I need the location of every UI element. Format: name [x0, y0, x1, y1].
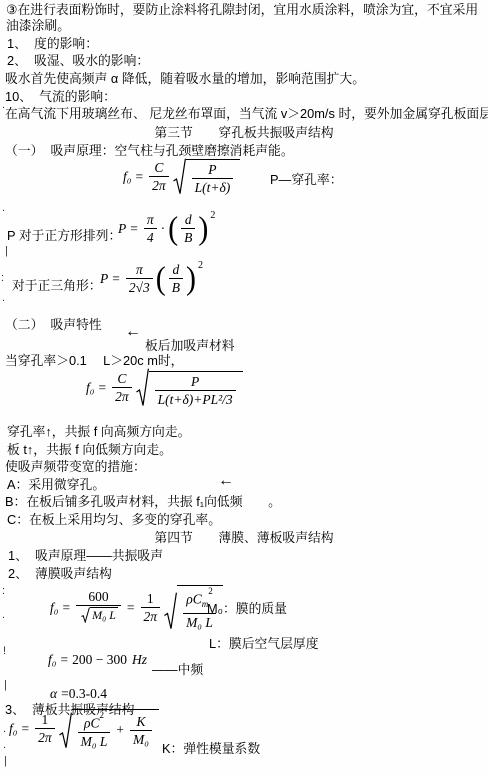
numerator: P	[188, 374, 202, 390]
scan-artifact: :	[2, 586, 5, 596]
equals-sign: =	[60, 652, 68, 668]
radical-sign-icon	[59, 712, 72, 749]
fraction-600-sqrtM0L: 600 M₀ L	[76, 589, 121, 626]
section3-title: 第三节 穿孔板共振吸声结构	[0, 125, 488, 141]
exponent: 2	[100, 710, 105, 720]
numerator: C	[114, 371, 129, 387]
fraction-d-b: d B	[169, 262, 183, 295]
equals-sign: =	[130, 221, 138, 237]
p-symbol: P	[100, 271, 108, 287]
fraction-pi-4: π 4	[144, 212, 157, 245]
scan-artifact: .	[3, 724, 6, 734]
fraction-c-2pi: C 2π	[112, 371, 132, 404]
alpha-symbol: α	[50, 686, 57, 702]
denominator: 4	[144, 228, 157, 245]
numerator: 600	[85, 589, 111, 605]
numerator: d	[182, 212, 195, 228]
p-symbol: P	[118, 221, 126, 237]
formula-perforated-resonance: f₀ = C 2π P L(t+δ)	[123, 158, 240, 195]
perforation-rate-definition: P—穿孔率：	[270, 172, 343, 188]
radical-small: M₀ L	[81, 607, 118, 623]
radicand: P L(t+δ)	[186, 159, 241, 195]
numerator: 1	[38, 712, 51, 728]
denominator: 2π	[35, 728, 55, 745]
f0-symbol: f₀	[50, 600, 58, 616]
range-value: 200 − 300	[72, 652, 127, 668]
formula-membrane: f₀ = 600 M₀ L = 1 2π ρCm2 M₀ L	[50, 585, 223, 630]
radical-sign-icon	[164, 592, 177, 630]
note-airflow: 在高气流下用玻璃丝布、 尼龙丝布罩面，当气流 v＞20m/s 时，要外加金属穿孔…	[5, 106, 488, 122]
scan-artifact: |	[5, 246, 8, 256]
fraction-pi-2sqrt3: π 2√3	[126, 262, 153, 295]
scan-artifact: !	[3, 646, 6, 656]
radicand: ρC2 M₀ L + K M₀	[72, 709, 159, 749]
right-paren: )	[198, 214, 208, 243]
square-array-label: P 对于正方形排列：	[7, 228, 121, 244]
radical: ρC2 M₀ L + K M₀	[59, 709, 159, 749]
f0-symbol: f₀	[48, 652, 56, 668]
measure-a: A：采用微穿孔。	[7, 477, 105, 493]
denominator: L(t+δ)+PL²/3	[155, 390, 236, 407]
alpha-range: =0.3-0.4	[61, 686, 107, 702]
fraction-c-2pi: C 2π	[149, 160, 169, 193]
equals-sign: =	[98, 380, 106, 396]
note-thickness-up: 板 t↑，共振 f 向低频方向走。	[7, 442, 172, 458]
triangle-array-label: 对于正三角形：	[12, 278, 102, 294]
formula-frequency-range: f₀ = 200 − 300 Hz	[48, 652, 147, 668]
denominator: 2√3	[126, 278, 153, 295]
numerator: π	[144, 212, 157, 228]
s4-item-principle: 1、 吸声原理——共振吸声	[8, 548, 163, 564]
s4-item-membrane: 2、 薄膜吸声结构	[8, 566, 112, 582]
numerator: K	[134, 714, 149, 730]
radical-sign-icon	[136, 368, 149, 407]
f0-symbol: f₀	[9, 721, 17, 737]
denominator: L(t+δ)	[192, 178, 234, 195]
fraction-1-2pi: 1 2π	[141, 591, 161, 624]
radical: P L(t+δ)	[173, 158, 241, 195]
measure-b: B：在板后铺多孔吸声材料，共振 f₁向低频 。	[5, 494, 281, 510]
note-water-absorption: 吸水首先使高频声 α 降低，随着吸水量的增加，影响范围扩大。	[5, 71, 365, 87]
left-arrow-icon: ←	[218, 474, 234, 488]
list-item-moisture: 2、 吸湿、吸水的影响：	[7, 53, 149, 69]
equals-sign: =	[62, 600, 70, 616]
radicand: P L(t+δ)+PL²/3	[149, 371, 243, 407]
radical-sign-icon	[81, 607, 90, 623]
widen-band-heading: 使吸声频带变宽的措施：	[5, 459, 146, 475]
exponent: 2	[210, 210, 215, 221]
m0-definition: M₀：膜的质量	[207, 601, 287, 617]
fraction-d-b: d B	[181, 212, 195, 245]
left-arrow-icon: ←	[125, 325, 141, 339]
denominator: M₀ L	[76, 605, 121, 626]
section4-title: 第四节 薄膜、薄板吸声结构	[0, 530, 488, 546]
l-definition: L：膜后空气层厚度	[209, 636, 319, 652]
formula-thin-plate: f₀ = 1 2π ρC2 M₀ L + K M₀	[9, 709, 159, 749]
radical: P L(t+δ)+PL²/3	[136, 368, 243, 407]
scan-artifact: |	[4, 680, 7, 690]
equals-sign: =	[21, 721, 29, 737]
measure-c: C：在板上采用均匀、多变的穿孔率。	[7, 512, 221, 528]
equals-sign: =	[112, 271, 120, 287]
note-perforation-up: 穿孔率↑，共振 f 向高频方向走。	[7, 424, 190, 440]
exponent: 2	[208, 586, 213, 596]
left-paren: (	[156, 264, 166, 293]
numerator: d	[170, 262, 183, 278]
f0-symbol: f₀	[86, 380, 94, 396]
exponent: 2	[198, 260, 203, 271]
plus-sign: +	[116, 722, 124, 738]
formula-square-array: P = π 4 · ( d B ) 2	[118, 212, 215, 245]
numerator: π	[133, 262, 146, 278]
numerator: C	[151, 160, 166, 176]
numerator: ρC2	[81, 712, 107, 732]
scan-artifact: .	[2, 100, 5, 110]
denominator: B	[169, 278, 183, 295]
radical-sign-icon	[173, 158, 186, 195]
denominator: M₀ L	[78, 732, 111, 749]
scan-artifact: |	[4, 756, 7, 766]
equals-sign: =	[135, 169, 143, 185]
hz-unit: Hz	[132, 652, 147, 668]
right-paren: )	[186, 264, 196, 293]
document-page: ③在进行表面粉饰时，要防止涂料将孔隙封闭，宜用水质涂料，喷涂为宜，不宜采用油漆涂…	[0, 0, 488, 774]
note-material-behind-panel: 板后加吸声材料	[145, 338, 235, 354]
subsection-absorption-principle: （一） 吸声原理：空气柱与孔颈壁磨擦消耗声能。	[5, 143, 294, 159]
denominator: 2π	[112, 387, 132, 404]
scan-artifact: .	[2, 293, 5, 303]
multiplication-dot: ·	[161, 221, 166, 237]
k-definition: K：弹性模量系数	[162, 741, 260, 757]
paragraph-surface-finish: ③在进行表面粉饰时，要防止涂料将孔隙封闭，宜用水质涂料，喷涂为宜，不宜采用油漆涂…	[6, 2, 485, 34]
subsection-absorption-characteristics: （二） 吸声特性	[5, 317, 102, 333]
numerator: 1	[144, 591, 157, 607]
alpha-value-line: α =0.3-0.4	[50, 686, 107, 702]
condition-line: 当穿孔率＞0.1 L＞20c m时，	[5, 353, 183, 369]
equals-sign: =	[127, 600, 135, 616]
fraction-1-2pi: 1 2π	[35, 712, 55, 745]
scan-artifact: .	[2, 610, 5, 620]
formula-triangle-array: P = π 2√3 ( d B ) 2	[100, 262, 203, 295]
scan-artifact: .	[3, 740, 6, 750]
scan-artifact: :	[1, 273, 4, 283]
denominator: 2π	[141, 607, 161, 624]
list-item-thickness: 1、 度的影响：	[7, 36, 98, 52]
f0-symbol: f₀	[123, 169, 131, 185]
radicand: M₀ L	[90, 607, 118, 623]
mid-frequency-note: ——中频	[152, 662, 203, 678]
list-item-airflow: 10、 气流的影响：	[5, 89, 116, 105]
numerator: P	[205, 162, 219, 178]
scan-artifact: .	[2, 203, 5, 213]
left-paren: (	[168, 214, 178, 243]
formula-perforated-with-material: f₀ = C 2π P L(t+δ)+PL²/3	[86, 368, 243, 407]
denominator: M₀	[130, 730, 152, 747]
denominator: 2π	[149, 176, 169, 193]
denominator: B	[181, 228, 195, 245]
